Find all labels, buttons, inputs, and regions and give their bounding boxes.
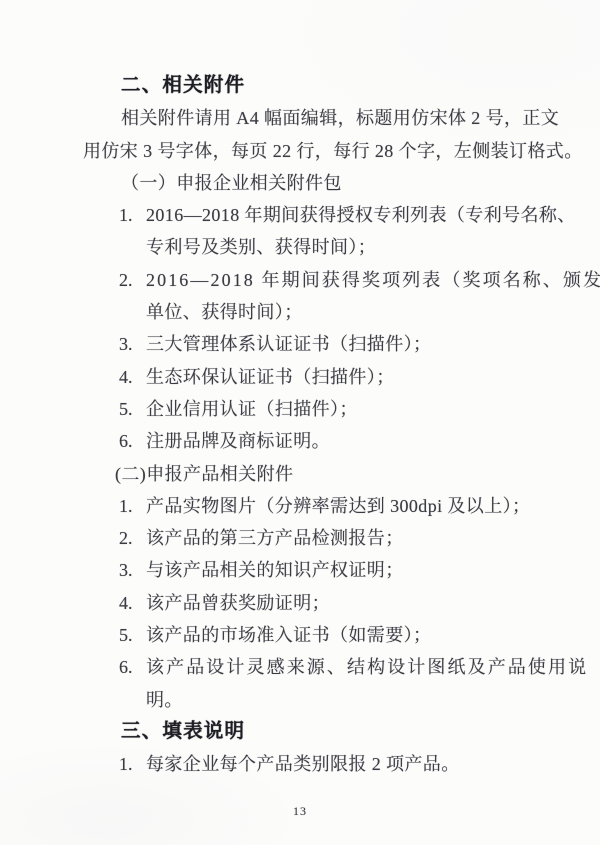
section-heading-related-attachments: 二、相关附件: [83, 70, 553, 102]
document-page: 二、相关附件 相关附件请用 A4 幅面编辑，标题用仿宋体 2 号，正文 用仿宋 …: [0, 0, 600, 845]
list-item-continuation: 明。: [83, 684, 553, 716]
subsection-heading-enterprise: （一）申报企业相关附件包: [83, 167, 553, 199]
list-item: 5.企业信用认证（扫描件）；: [83, 393, 553, 425]
list-item: 6.注册品牌及商标证明。: [83, 425, 553, 457]
page-number: 13: [0, 804, 600, 819]
section-heading-form-instructions: 三、填表说明: [83, 716, 553, 748]
list-item: 1.每家企业每个产品类别限报 2 项产品。: [83, 748, 553, 780]
list-item: 2.2016—2018 年期间获得奖项列表（奖项名称、颁发: [83, 264, 553, 296]
list-item-number: 3.: [119, 554, 146, 586]
list-item: 1.2016—2018 年期间获得授权专利列表（专利号名称、: [83, 199, 553, 231]
list-item-text: 企业信用认证（扫描件）；: [146, 399, 358, 419]
list-item: 3.三大管理体系认证证书（扫描件）；: [83, 328, 553, 360]
list-item-number: 5.: [119, 619, 146, 651]
list-item-number: 1.: [119, 490, 146, 522]
list-item-text: 生态环保认证证书（扫描件）；: [146, 367, 395, 387]
list-item-text: 该产品的市场准入证书（如需要）；: [146, 625, 431, 645]
intro-line-1: 相关附件请用 A4 幅面编辑，标题用仿宋体 2 号，正文: [83, 102, 553, 134]
list-item: 3.与该产品相关的知识产权证明；: [83, 554, 553, 586]
list-item-text: 该产品设计灵感来源、结构设计图纸及产品使用说: [146, 657, 588, 677]
list-item-number: 1.: [119, 199, 146, 231]
list-item-number: 2.: [119, 264, 146, 296]
list-item-number: 5.: [119, 393, 146, 425]
list-item-number: 1.: [119, 748, 146, 780]
list-item-text: 三大管理体系认证证书（扫描件）；: [146, 334, 431, 354]
list-item-number: 2.: [119, 522, 146, 554]
list-item-text: 2016—2018 年期间获得授权专利列表（专利号名称、: [146, 205, 576, 225]
list-item-text: 与该产品相关的知识产权证明；: [146, 560, 404, 580]
list-item-text: 该产品曾获奖励证明；: [146, 593, 330, 613]
list-item: 4.生态环保认证证书（扫描件）；: [83, 361, 553, 393]
list-item-number: 6.: [119, 651, 146, 683]
list-item-number: 4.: [119, 587, 146, 619]
list-item-number: 6.: [119, 425, 146, 457]
list-item-number: 4.: [119, 361, 146, 393]
list-item-text: 注册品牌及商标证明。: [146, 431, 330, 451]
list-item-text: 2016—2018 年期间获得奖项列表（奖项名称、颁发: [146, 270, 600, 290]
list-item: 5.该产品的市场准入证书（如需要）；: [83, 619, 553, 651]
list-item: 4.该产品曾获奖励证明；: [83, 587, 553, 619]
list-item-text: 每家企业每个产品类别限报 2 项产品。: [146, 754, 460, 774]
list-item-text: 产品实物图片（分辨率需达到 300dpi 及以上）；: [146, 496, 530, 516]
list-item-number: 3.: [119, 328, 146, 360]
list-item-continuation: 专利号及类别、获得时间）；: [83, 231, 553, 263]
intro-line-2: 用仿宋 3 号字体，每页 22 行，每行 28 个字，左侧装订格式。: [83, 135, 553, 167]
list-item-continuation: 单位、获得时间）；: [83, 296, 553, 328]
subsection-heading-product: (二)申报产品相关附件: [83, 458, 553, 490]
list-item: 2.该产品的第三方产品检测报告；: [83, 522, 553, 554]
list-item: 1.产品实物图片（分辨率需达到 300dpi 及以上）；: [83, 490, 553, 522]
list-item: 6.该产品设计灵感来源、结构设计图纸及产品使用说: [83, 651, 553, 683]
content-area: 二、相关附件 相关附件请用 A4 幅面编辑，标题用仿宋体 2 号，正文 用仿宋 …: [83, 70, 553, 781]
list-item-text: 该产品的第三方产品检测报告；: [146, 528, 404, 548]
